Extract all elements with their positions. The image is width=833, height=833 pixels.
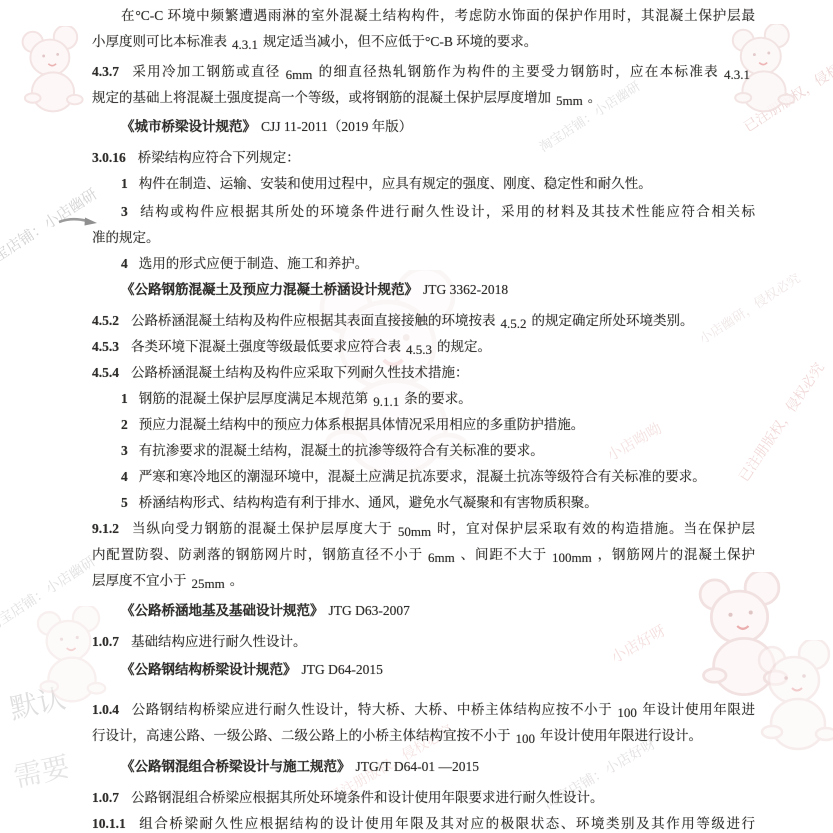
doc-line-11: 《公路钢筋混凝土及预应力混凝土桥涵设计规范》JTG 3362-2018 [92, 277, 755, 303]
numeric-value: 4.5.3 [406, 342, 432, 357]
text-run: 预应力混凝土结构中的预应力体系根据具体情况采用相应的多重防护措施。 [139, 417, 585, 432]
doc-line-23: 《公路桥涵地基及基础设计规范》JTG D63-2007 [92, 598, 755, 624]
watermark-text: 淘宝店铺：小店幽研 [0, 551, 99, 636]
text-run: 小厚度则可比本标准表 [92, 34, 227, 49]
numeric-value: 100mm [552, 550, 592, 565]
watermark-text: 需要 [10, 745, 73, 796]
numeric-value: 4.3.1 [232, 37, 258, 52]
clause-number: 1.0.7 [92, 634, 119, 649]
doc-line-1: 在°C-C 环境中频繁遭遇雨淋的室外混凝土结构构件，考虑防水饰面的保护作用时，其… [92, 3, 755, 29]
doc-line-30: 10.1.1组合桥梁耐久性应根据结构的设计使用年限及其对应的极限状态、环境类别及… [92, 811, 755, 833]
text-run: 行设计，高速公路、一级公路、二级公路上的小桥主体结构宜按不小于 [92, 728, 511, 743]
doc-line-7: 1构件在制造、运输、安装和使用过程中，应具有规定的强度、刚度、稳定性和耐久性。 [92, 171, 755, 197]
clause-number: 3.0.16 [92, 150, 126, 165]
numeric-value: 9.1.1 [373, 394, 399, 409]
doc-line-6: 3.0.16桥梁结构应符合下列规定： [92, 145, 755, 171]
mascot-watermark-icon [14, 26, 92, 114]
scan-artifact-arrow-icon [58, 215, 100, 229]
text-run: 桥涵结构形式、结构构造有利于排水、通风，避免水气凝聚和有害物质积聚。 [139, 495, 598, 510]
doc-line-25: 《公路钢结构桥梁设计规范》JTG D64-2015 [92, 657, 755, 683]
text-run: 规定适当减小，但不应低于°C-B 环境的要求。 [263, 34, 537, 49]
text-run: 公路钢结构桥梁应进行耐久性设计，特大桥、大桥、中桥主体结构应按不小于 [131, 702, 612, 717]
doc-line-8: 3结构或构件应根据其所处的环境条件进行耐久性设计，采用的材料及其技术性能应符合相… [92, 199, 755, 225]
doc-line-27: 行设计，高速公路、一级公路、二级公路上的小桥主体结构宜按不小于100年设计使用年… [92, 723, 755, 749]
standard-title: 《城市桥梁设计规范》 [121, 119, 256, 134]
text-run: 各类环境下混凝土强度等级最低要求应符合表 [131, 339, 401, 354]
screenshot-root: { "page": { "background_color": "#ffffff… [0, 0, 833, 833]
item-number: 1 [121, 391, 128, 406]
doc-line-3: 4.3.7采用冷加工钢筋或直径6mm的细直径热轧钢筋作为构件的主要受力钢筋时，应… [92, 59, 755, 85]
clause-number: 1.0.4 [92, 702, 119, 717]
text-run: 结构或构件应根据其所处的环境条件进行耐久性设计，采用的材料及其技术性能应符合相关… [139, 204, 755, 219]
standard-code: JTG D64-2015 [302, 662, 383, 677]
text-run: 年设计使用年限进 [642, 702, 755, 717]
text-run: 时，宜对保护层采取有效的构造措施。当在保护层 [436, 521, 755, 536]
text-run: 年设计使用年限进行设计。 [540, 728, 702, 743]
doc-line-26: 1.0.4公路钢结构桥梁应进行耐久性设计，特大桥、大桥、中桥主体结构应按不小于1… [92, 697, 755, 723]
mascot-watermark-icon [748, 640, 833, 752]
doc-line-5: 《城市桥梁设计规范》CJJ 11-2011（2019 年版） [92, 114, 755, 140]
text-run: 钢筋的混凝土保护层厚度满足本规范第 [139, 391, 369, 406]
clause-number: 10.1.1 [92, 816, 126, 831]
doc-line-12: 4.5.2公路桥涵混凝土结构及构件应根据其表面直接接触的环境按表4.5.2的规定… [92, 308, 755, 334]
clause-number: 4.3.7 [92, 64, 119, 79]
text-run: 、间距不大于 [460, 547, 547, 562]
doc-line-29: 1.0.7公路钢混组合桥梁应根据其所处环境条件和设计使用年限要求进行耐久性设计。 [92, 785, 755, 811]
text-run: 内配置防裂、防剥落的钢筋网片时，钢筋直径不小于 [92, 547, 423, 562]
text-run: 。 [588, 90, 602, 105]
text-run: 构件在制造、运输、安装和使用过程中，应具有规定的强度、刚度、稳定性和耐久性。 [139, 176, 652, 191]
standard-title: 《公路桥涵地基及基础设计规范》 [121, 603, 324, 618]
text-run: 公路桥涵混凝土结构及构件应根据其表面直接接触的环境按表 [131, 313, 496, 328]
text-run: 组合桥梁耐久性应根据结构的设计使用年限及其对应的极限状态、环境类别及其作用等级进… [138, 816, 755, 831]
item-number: 4 [121, 256, 128, 271]
doc-line-2: 小厚度则可比本标准表4.3.1规定适当减小，但不应低于°C-B 环境的要求。 [92, 29, 755, 55]
item-number: 5 [121, 495, 128, 510]
doc-line-20: 9.1.2当纵向受力钢筋的混凝土保护层厚度大于50mm时，宜对保护层采取有效的构… [92, 516, 755, 542]
numeric-value: 4.5.2 [501, 316, 527, 331]
numeric-value: 100 [516, 731, 536, 746]
text-run: 在°C-C 环境中频繁遭遇雨淋的室外混凝土结构构件，考虑防水饰面的保护作用时，其… [121, 8, 755, 23]
clause-number: 4.5.2 [92, 313, 119, 328]
doc-line-18: 4严寒和寒冷地区的潮湿环境中，混凝土应满足抗冻要求，混凝土抗冻等级符合有关标准的… [92, 464, 755, 490]
standard-code: JTG D63-2007 [329, 603, 410, 618]
standard-title: 《公路钢筋混凝土及预应力混凝土桥涵设计规范》 [121, 282, 418, 297]
numeric-value: 25mm [192, 576, 225, 591]
doc-line-10: 4选用的形式应便于制造、施工和养护。 [92, 251, 755, 277]
doc-line-15: 1钢筋的混凝土保护层厚度满足本规范第9.1.1条的要求。 [92, 386, 755, 412]
text-run: 的细直径热轧钢筋作为构件的主要受力钢筋时，应在本标准表 [317, 64, 719, 79]
text-run: 采用冷加工钢筋或直径 [131, 64, 281, 79]
doc-line-24: 1.0.7基础结构应进行耐久性设计。 [92, 629, 755, 655]
numeric-value: 5mm [556, 93, 583, 108]
item-number: 3 [121, 204, 128, 219]
standard-code: JTG 3362-2018 [423, 282, 508, 297]
numeric-value: 6mm [286, 67, 313, 82]
numeric-value: 4.3.1 [724, 67, 750, 82]
text-run: 选用的形式应便于制造、施工和养护。 [139, 256, 369, 271]
text-run: 。 [230, 573, 244, 588]
text-run: ，钢筋网片的混凝土保护 [597, 547, 755, 562]
doc-line-22: 层厚度不宜小于25mm。 [92, 568, 755, 594]
standard-title: 《公路钢混组合桥梁设计与施工规范》 [121, 759, 351, 774]
doc-line-16: 2预应力混凝土结构中的预应力体系根据具体情况采用相应的多重防护措施。 [92, 412, 755, 438]
item-number: 1 [121, 176, 128, 191]
doc-line-21: 内配置防裂、防剥落的钢筋网片时，钢筋直径不小于6mm、间距不大于100mm，钢筋… [92, 542, 755, 568]
standard-code: CJJ 11-2011（2019 年版） [261, 119, 412, 134]
doc-line-19: 5桥涵结构形式、结构构造有利于排水、通风，避免水气凝聚和有害物质积聚。 [92, 490, 755, 516]
text-run: 有抗渗要求的混凝土结构，混凝土的抗渗等级符合有关标准的要求。 [139, 443, 544, 458]
text-run: 桥梁结构应符合下列规定： [138, 150, 300, 165]
text-run: 准的规定。 [92, 230, 160, 245]
item-number: 3 [121, 443, 128, 458]
standard-code: JTG/T D64-01 —2015 [356, 759, 480, 774]
doc-line-14: 4.5.4公路桥涵混凝土结构及构件应采取下列耐久性技术措施： [92, 360, 755, 386]
item-number: 2 [121, 417, 128, 432]
clause-number: 1.0.7 [92, 790, 119, 805]
doc-line-9: 准的规定。 [92, 225, 755, 251]
text-run: 基础结构应进行耐久性设计。 [131, 634, 307, 649]
text-run: 层厚度不宜小于 [92, 573, 187, 588]
doc-line-4: 规定的基础上将混凝土强度提高一个等级，或将钢筋的混凝土保护层厚度增加5mm。 [92, 85, 755, 111]
numeric-value: 50mm [398, 524, 431, 539]
numeric-value: 100 [617, 705, 637, 720]
text-run: 严寒和寒冷地区的潮湿环境中，混凝土应满足抗冻要求，混凝土抗冻等级符合有关标准的要… [139, 469, 706, 484]
document-page: 淘宝店铺：小店幽研淘宝店铺：小店幽研已注册版权，侵权必究小店幽研，侵权必究已注册… [0, 0, 833, 833]
doc-line-13: 4.5.3各类环境下混凝土强度等级最低要求应符合表4.5.3的规定。 [92, 334, 755, 360]
text-run: 当纵向受力钢筋的混凝土保护层厚度大于 [131, 521, 393, 536]
document-text: 在°C-C 环境中频繁遭遇雨淋的室外混凝土结构构件，考虑防水饰面的保护作用时，其… [92, 3, 755, 833]
text-run: 规定的基础上将混凝土强度提高一个等级，或将钢筋的混凝土保护层厚度增加 [92, 90, 551, 105]
clause-number: 9.1.2 [92, 521, 119, 536]
text-run: 公路桥涵混凝土结构及构件应采取下列耐久性技术措施： [131, 365, 469, 380]
text-run: 的规定。 [437, 339, 491, 354]
text-run: 条的要求。 [404, 391, 472, 406]
clause-number: 4.5.3 [92, 339, 119, 354]
standard-title: 《公路钢结构桥梁设计规范》 [121, 662, 297, 677]
clause-number: 4.5.4 [92, 365, 119, 380]
text-run: 的规定确定所处环境类别。 [532, 313, 694, 328]
watermark-text: 默认 [6, 677, 69, 728]
doc-line-28: 《公路钢混组合桥梁设计与施工规范》JTG/T D64-01 —2015 [92, 754, 755, 780]
text-run: 公路钢混组合桥梁应根据其所处环境条件和设计使用年限要求进行耐久性设计。 [131, 790, 604, 805]
numeric-value: 6mm [428, 550, 455, 565]
doc-line-17: 3有抗渗要求的混凝土结构，混凝土的抗渗等级符合有关标准的要求。 [92, 438, 755, 464]
item-number: 4 [121, 469, 128, 484]
